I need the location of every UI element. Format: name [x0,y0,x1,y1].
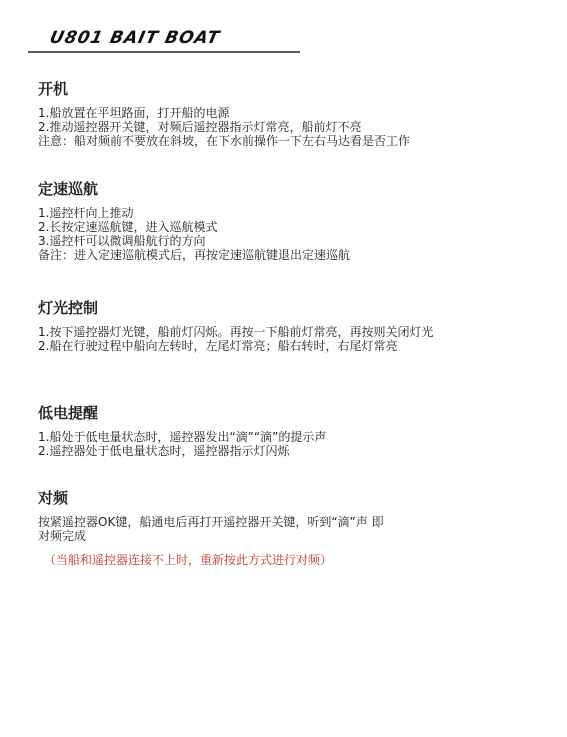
section-title: 低电提醒 [38,404,326,422]
instruction-line: 注意：船对频前不要放在斜坡，在下水前操作一下左右马达看是否工作 [38,134,410,148]
instruction-line: 2.遥控器处于低电量状态时，遥控器指示灯闪烁 [38,444,326,458]
section-low-battery: 低电提醒 1.船处于低电量状态时，遥控器发出“滴”“滴”的提示声 2.遥控器处于… [38,404,326,458]
brand-logo: U801 BAIT BOAT [48,28,222,48]
section-pairing: 对频 按紧遥控器OK键，船通电后再打开遥控器开关键，听到“滴”声 即 对频完成 … [38,489,384,567]
section-title: 灯光控制 [38,299,433,317]
section-light-control: 灯光控制 1.按下遥控器灯光键，船前灯闪烁。再按一下船前灯常亮，再按则关闭灯光 … [38,299,433,353]
instruction-line: 备注：进入定速巡航模式后，再按定速巡航键退出定速巡航 [38,248,350,262]
instruction-line: 2.船在行驶过程中船向左转时，左尾灯常亮；船右转时，右尾灯常亮 [38,339,433,353]
instruction-line: 1.按下遥控器灯光键，船前灯闪烁。再按一下船前灯常亮，再按则关闭灯光 [38,325,433,339]
section-title: 开机 [38,80,410,98]
instruction-line: 按紧遥控器OK键，船通电后再打开遥控器开关键，听到“滴”声 即 [38,515,384,529]
instruction-line: 3.遥控杆可以微调船航行的方向 [38,234,350,248]
instruction-line: 1.船放置在平坦路面，打开船的电源 [38,106,410,120]
section-cruise-control: 定速巡航 1.遥控杆向上推动 2.长按定速巡航键，进入巡航模式 3.遥控杆可以微… [38,180,350,262]
instruction-line: 2.长按定速巡航键，进入巡航模式 [38,220,350,234]
section-power-on: 开机 1.船放置在平坦路面，打开船的电源 2.推动遥控器开关键，对频后遥控器指示… [38,80,410,148]
section-title: 对频 [38,489,384,507]
instruction-line: 1.遥控杆向上推动 [38,206,350,220]
section-title: 定速巡航 [38,180,350,198]
instruction-line: 1.船处于低电量状态时，遥控器发出“滴”“滴”的提示声 [38,430,326,444]
header-divider [28,51,300,53]
instruction-line: 2.推动遥控器开关键，对频后遥控器指示灯常亮，船前灯不亮 [38,120,410,134]
pairing-note: （当船和遥控器连接不上时，重新按此方式进行对频） [44,553,384,567]
instruction-line: 对频完成 [38,529,384,543]
